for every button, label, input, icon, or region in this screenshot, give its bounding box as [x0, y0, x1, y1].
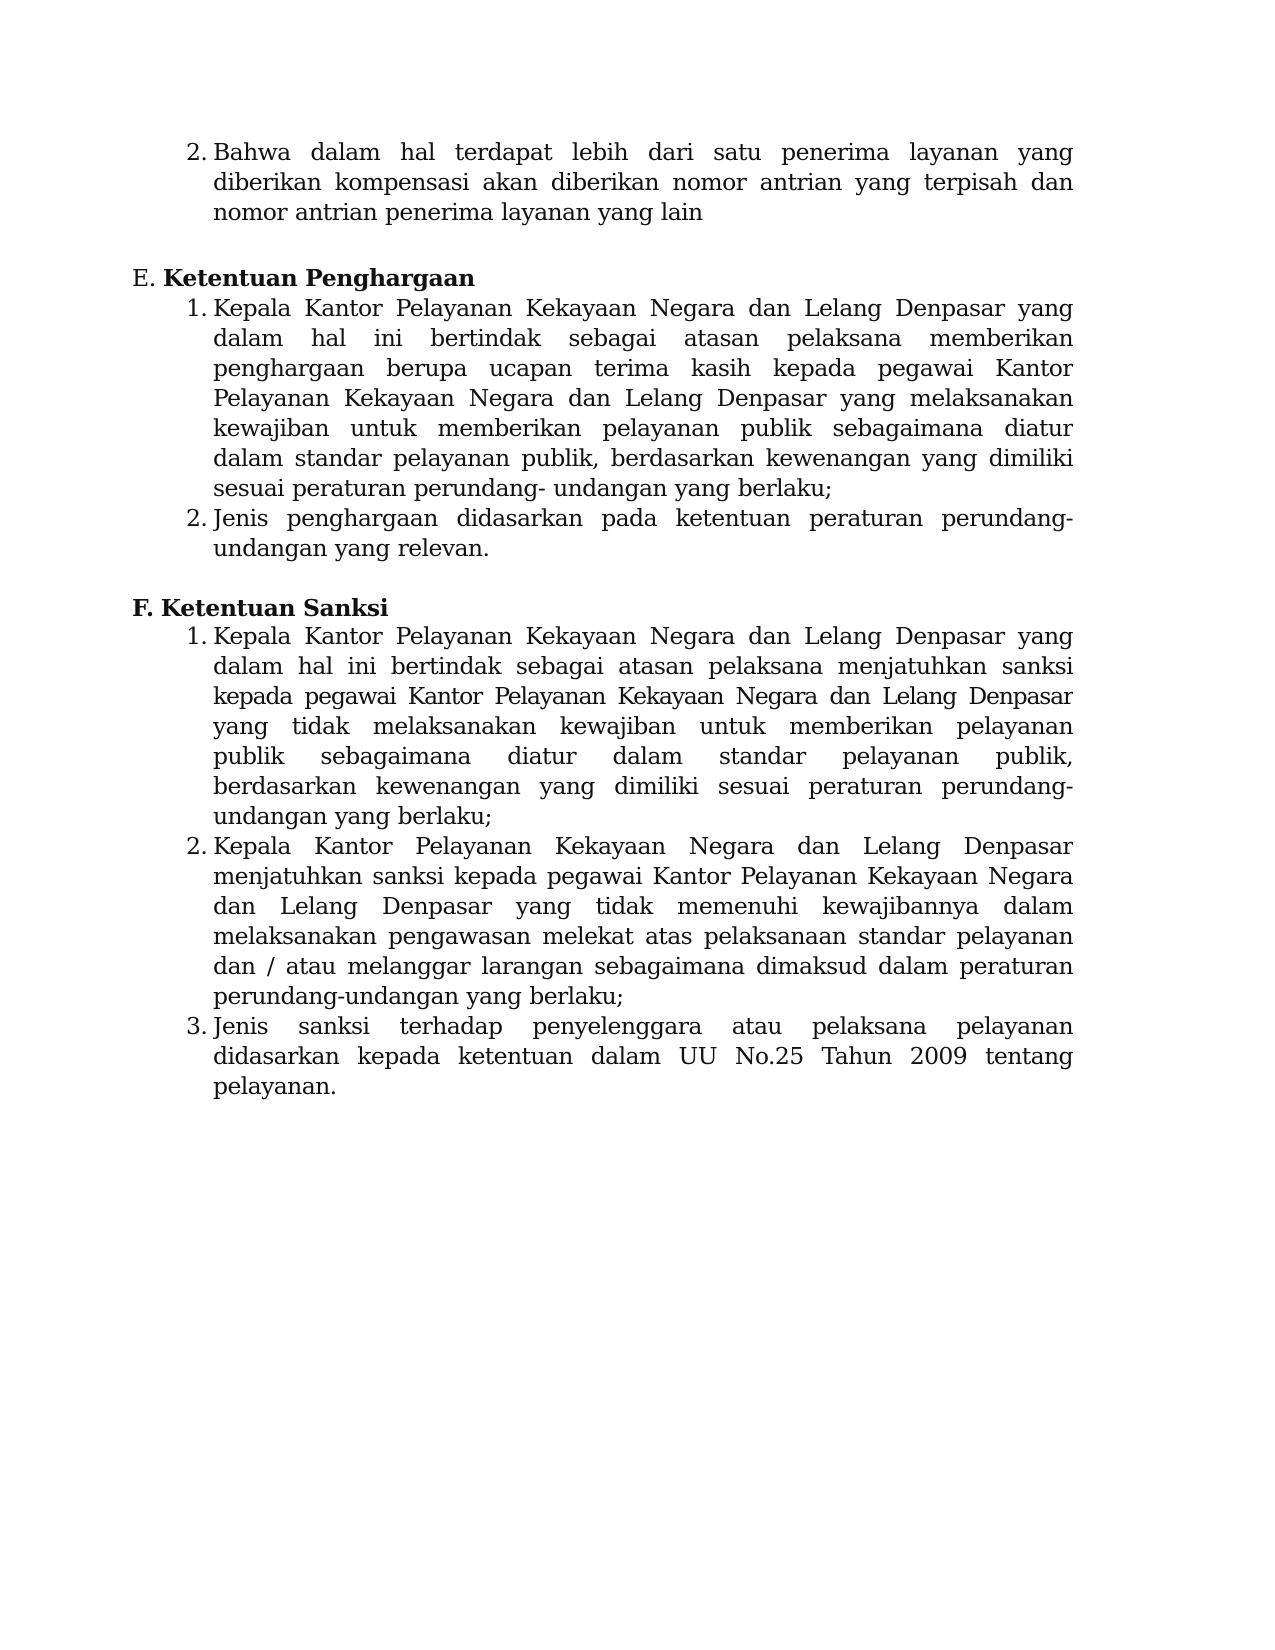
text-line: dalam hal ini bertindak sebagai atasan p…	[213, 651, 1073, 681]
list-item-number: 2.	[186, 831, 207, 861]
text-line: Kepala Kantor Pelayanan Kekayaan Negara …	[213, 293, 1073, 323]
text-line: menjatuhkan sanksi kepada pegawai Kantor…	[213, 861, 1073, 891]
section-heading: F. Ketentuan Sanksi	[132, 593, 388, 623]
text-line: Kepala Kantor Pelayanan Kekayaan Negara …	[213, 831, 1073, 861]
text-line: Jenis penghargaan didasarkan pada ketent…	[213, 503, 1073, 533]
text-line: undangan yang berlaku;	[213, 801, 492, 831]
list-item-number: 1.	[186, 621, 207, 651]
text-line: Jenis sanksi terhadap penyelenggara atau…	[213, 1011, 1073, 1041]
list-item-number: 2.	[186, 137, 207, 167]
text-line: kewajiban untuk memberikan pelayanan pub…	[213, 413, 1073, 443]
text-line: undangan yang relevan.	[213, 533, 489, 563]
text-line: penghargaan berupa ucapan terima kasih k…	[213, 353, 1073, 383]
text-line: sesuai peraturan perundang- undangan yan…	[213, 473, 832, 503]
list-item-number: 2.	[186, 503, 207, 533]
section-letter: F.	[132, 594, 154, 622]
text-line: Bahwa dalam hal terdapat lebih dari satu…	[213, 137, 1073, 167]
section-title: Ketentuan Penghargaan	[163, 264, 475, 292]
text-line: diberikan kompensasi akan diberikan nomo…	[213, 167, 1073, 197]
list-item-number: 3.	[186, 1011, 207, 1041]
text-line: melaksanakan pengawasan melekat atas pel…	[213, 921, 1073, 951]
text-line: didasarkan kepada ketentuan dalam UU No.…	[213, 1041, 1073, 1071]
section-letter: E.	[132, 264, 156, 292]
section-heading: E. Ketentuan Penghargaan	[132, 263, 475, 293]
text-line: Pelayanan Kekayaan Negara dan Lelang Den…	[213, 383, 1073, 413]
text-line: perundang-undangan yang berlaku;	[213, 981, 623, 1011]
text-line: kepada pegawai Kantor Pelayanan Kekayaan…	[213, 681, 1073, 711]
text-line: dan Lelang Denpasar yang tidak memenuhi …	[213, 891, 1073, 921]
section-title: Ketentuan Sanksi	[161, 594, 389, 622]
text-line: yang tidak melaksanakan kewajiban untuk …	[213, 711, 1073, 741]
list-item-number: 1.	[186, 293, 207, 323]
text-line: dan / atau melanggar larangan sebagaiman…	[213, 951, 1073, 981]
text-line: dalam standar pelayanan publik, berdasar…	[213, 443, 1073, 473]
text-line: pelayanan.	[213, 1071, 337, 1101]
text-line: publik sebagaimana diatur dalam standar …	[213, 741, 1073, 771]
text-line: berdasarkan kewenangan yang dimiliki ses…	[213, 771, 1073, 801]
document-page: 2. Bahwa dalam hal terdapat lebih dari s…	[0, 0, 1275, 1650]
text-line: Kepala Kantor Pelayanan Kekayaan Negara …	[213, 621, 1073, 651]
text-line: nomor antrian penerima layanan yang lain	[213, 197, 703, 227]
text-line: dalam hal ini bertindak sebagai atasan p…	[213, 323, 1073, 353]
